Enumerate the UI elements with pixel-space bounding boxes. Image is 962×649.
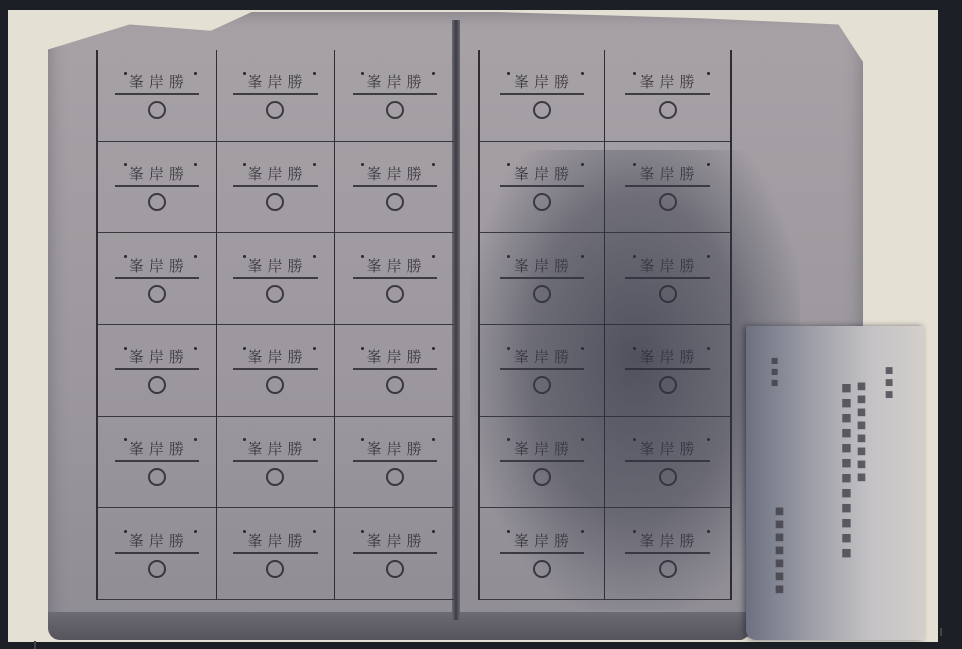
register-cell: 峯岸勝 bbox=[605, 417, 730, 509]
seal-stamp-icon bbox=[266, 285, 284, 303]
seal-stamp-icon bbox=[533, 376, 551, 394]
entry-name: 峯岸勝 bbox=[115, 530, 199, 554]
register-cell: 峯岸勝 bbox=[98, 508, 217, 600]
register-cell: 峯岸勝 bbox=[605, 142, 730, 234]
register-cell: 峯岸勝 bbox=[217, 50, 336, 142]
seal-stamp-icon bbox=[386, 468, 404, 486]
entry-name: 峯岸勝 bbox=[353, 163, 437, 187]
register-cell: 峯岸勝 bbox=[480, 417, 605, 509]
attached-note: ■■■ ■■■■■■■■ ■■■■■■■■■■■■ ■■■■■■■ ■■■ bbox=[746, 326, 924, 640]
entry-name: 峯岸勝 bbox=[233, 163, 317, 187]
seal-stamp-icon bbox=[266, 101, 284, 119]
entry-name: 峯岸勝 bbox=[233, 530, 317, 554]
entry-name: 峯岸勝 bbox=[500, 255, 584, 279]
register-cell: 峯岸勝 bbox=[335, 50, 454, 142]
pin-icon bbox=[34, 641, 36, 649]
entry-name: 峯岸勝 bbox=[115, 438, 199, 462]
note-line: ■■■ bbox=[884, 366, 894, 402]
entry-name: 峯岸勝 bbox=[353, 255, 437, 279]
seal-stamp-icon bbox=[266, 376, 284, 394]
seal-stamp-icon bbox=[659, 285, 677, 303]
register-cell: 峯岸勝 bbox=[480, 325, 605, 417]
entry-name: 峯岸勝 bbox=[353, 438, 437, 462]
seal-stamp-icon bbox=[533, 468, 551, 486]
seal-stamp-icon bbox=[386, 101, 404, 119]
seal-stamp-icon bbox=[148, 468, 166, 486]
entry-name: 峯岸勝 bbox=[115, 163, 199, 187]
register-cell: 峯岸勝 bbox=[480, 50, 605, 142]
seal-stamp-icon bbox=[148, 560, 166, 578]
register-cell: 峯岸勝 bbox=[98, 233, 217, 325]
seal-stamp-icon bbox=[148, 193, 166, 211]
entry-name: 峯岸勝 bbox=[115, 346, 199, 370]
seal-stamp-icon bbox=[266, 468, 284, 486]
entry-name: 峯岸勝 bbox=[625, 255, 709, 279]
register-cell: 峯岸勝 bbox=[605, 233, 730, 325]
entry-name: 峯岸勝 bbox=[500, 530, 584, 554]
register-cell: 峯岸勝 bbox=[98, 142, 217, 234]
seal-stamp-icon bbox=[533, 285, 551, 303]
seal-stamp-icon bbox=[533, 193, 551, 211]
register-cell: 峯岸勝 bbox=[335, 233, 454, 325]
register-cell: 峯岸勝 bbox=[335, 508, 454, 600]
entry-name: 峯岸勝 bbox=[625, 71, 709, 95]
seal-stamp-icon bbox=[148, 376, 166, 394]
entry-name: 峯岸勝 bbox=[500, 71, 584, 95]
register-cell: 峯岸勝 bbox=[605, 325, 730, 417]
entry-name: 峯岸勝 bbox=[625, 163, 709, 187]
seal-stamp-icon bbox=[386, 193, 404, 211]
seal-stamp-icon bbox=[386, 376, 404, 394]
register-cell: 峯岸勝 bbox=[217, 233, 336, 325]
entry-name: 峯岸勝 bbox=[625, 346, 709, 370]
register-cell: 峯岸勝 bbox=[335, 142, 454, 234]
register-cell: 峯岸勝 bbox=[480, 233, 605, 325]
register-cell: 峯岸勝 bbox=[217, 142, 336, 234]
register-cell: 峯岸勝 bbox=[335, 417, 454, 509]
seal-stamp-icon bbox=[659, 193, 677, 211]
register-cell: 峯岸勝 bbox=[98, 417, 217, 509]
seal-stamp-icon bbox=[148, 285, 166, 303]
pin-icon bbox=[940, 628, 942, 636]
entry-name: 峯岸勝 bbox=[625, 438, 709, 462]
register-cell: 峯岸勝 bbox=[335, 325, 454, 417]
entry-name: 峯岸勝 bbox=[353, 71, 437, 95]
register-cell: 峯岸勝 bbox=[217, 325, 336, 417]
register-cell: 峯岸勝 bbox=[480, 508, 605, 600]
seal-stamp-icon bbox=[386, 285, 404, 303]
seal-stamp-icon bbox=[148, 101, 166, 119]
seal-stamp-icon bbox=[533, 560, 551, 578]
entry-name: 峯岸勝 bbox=[625, 530, 709, 554]
entry-name: 峯岸勝 bbox=[115, 255, 199, 279]
entry-name: 峯岸勝 bbox=[353, 530, 437, 554]
register-cell: 峯岸勝 bbox=[480, 142, 605, 234]
register-cell: 峯岸勝 bbox=[98, 50, 217, 142]
seal-stamp-icon bbox=[533, 101, 551, 119]
seal-stamp-icon bbox=[659, 101, 677, 119]
entry-name: 峯岸勝 bbox=[500, 163, 584, 187]
entry-name: 峯岸勝 bbox=[500, 346, 584, 370]
entry-name: 峯岸勝 bbox=[115, 71, 199, 95]
seal-stamp-icon bbox=[266, 560, 284, 578]
note-line: ■■■■■■■ bbox=[774, 506, 785, 597]
register-cell: 峯岸勝 bbox=[217, 417, 336, 509]
seal-stamp-icon bbox=[659, 468, 677, 486]
register-left-page: 峯岸勝峯岸勝峯岸勝峯岸勝峯岸勝峯岸勝峯岸勝峯岸勝峯岸勝峯岸勝峯岸勝峯岸勝峯岸勝峯… bbox=[96, 50, 454, 600]
register-cell: 峯岸勝 bbox=[605, 508, 730, 600]
register-cell: 峯岸勝 bbox=[217, 508, 336, 600]
entry-name: 峯岸勝 bbox=[233, 438, 317, 462]
seal-stamp-icon bbox=[386, 560, 404, 578]
seal-stamp-icon bbox=[266, 193, 284, 211]
note-line: ■■■ bbox=[770, 356, 779, 389]
seal-stamp-icon bbox=[659, 376, 677, 394]
entry-name: 峯岸勝 bbox=[353, 346, 437, 370]
note-line: ■■■■■■■■■■■■ bbox=[840, 381, 853, 561]
register-right-page: 峯岸勝峯岸勝峯岸勝峯岸勝峯岸勝峯岸勝峯岸勝峯岸勝峯岸勝峯岸勝峯岸勝峯岸勝 bbox=[478, 50, 732, 600]
register-cell: 峯岸勝 bbox=[98, 325, 217, 417]
sheet-bottom-edge bbox=[48, 612, 748, 640]
register-cell: 峯岸勝 bbox=[605, 50, 730, 142]
entry-name: 峯岸勝 bbox=[233, 255, 317, 279]
entry-name: 峯岸勝 bbox=[500, 438, 584, 462]
entry-name: 峯岸勝 bbox=[233, 71, 317, 95]
seal-stamp-icon bbox=[659, 560, 677, 578]
note-line: ■■■■■■■■ bbox=[856, 381, 867, 485]
entry-name: 峯岸勝 bbox=[233, 346, 317, 370]
